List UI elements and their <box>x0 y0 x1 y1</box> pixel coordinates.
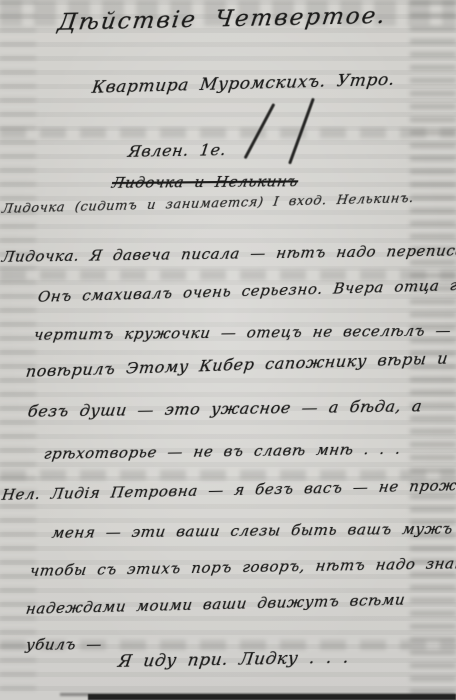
manuscript-line-5: Лидочка (сидитъ и занимается) I вход. Не… <box>1 191 415 217</box>
manuscript-line-1: Дѣйствіе Четвертое. <box>56 3 388 36</box>
ghost-printthrough-left <box>0 0 36 700</box>
manuscript-line-8: чертитъ кружочки — отецъ не веселѣлъ — о… <box>33 321 456 344</box>
manuscript-line-7: Онъ смахивалъ очень серьезно. Вчера отца… <box>37 275 456 306</box>
manuscript-line-13: меня — эти ваши слезы быть вашъ мужъ <box>51 520 455 542</box>
manuscript-line-10: безъ души — это ужасное — а бѣда, а <box>27 396 424 421</box>
manuscript-line-12: Нел. Лидія Петровна — я безъ васъ — не п… <box>1 476 456 504</box>
manuscript-line-17: Я иду при. Лидку . . . <box>117 648 351 672</box>
manuscript-line-16: убилъ — <box>25 635 104 654</box>
scan-edge-bottom <box>88 694 456 700</box>
manuscript-line-3: Явлен. 1е. <box>127 140 228 161</box>
manuscript-line-4: Лидочка и Нелькинъ <box>111 172 300 192</box>
manuscript-line-14: чтобы съ этихъ поръ говоръ, нѣтъ надо зн… <box>29 554 456 580</box>
manuscript-line-15: надеждами моими ваши движутъ всѣми <box>25 591 407 618</box>
manuscript-line-9: повѣрилъ Этому Кибер сапожнику вѣры и <box>25 349 450 381</box>
manuscript-line-11: грѣхотворье — не въ славѣ мнѣ . . . <box>43 440 402 463</box>
manuscript-line-2: Квартира Муромскихъ. Утро. <box>91 70 396 98</box>
manuscript-scan: Дѣйствіе Четвертое.Квартира Муромскихъ. … <box>0 0 456 700</box>
ink-flourish-stroke <box>288 98 314 165</box>
manuscript-line-6: Лидочка. Я давеча писала — нѣтъ надо пер… <box>1 241 456 266</box>
ink-flourish-stroke <box>244 103 275 159</box>
ghost-band <box>0 128 456 138</box>
